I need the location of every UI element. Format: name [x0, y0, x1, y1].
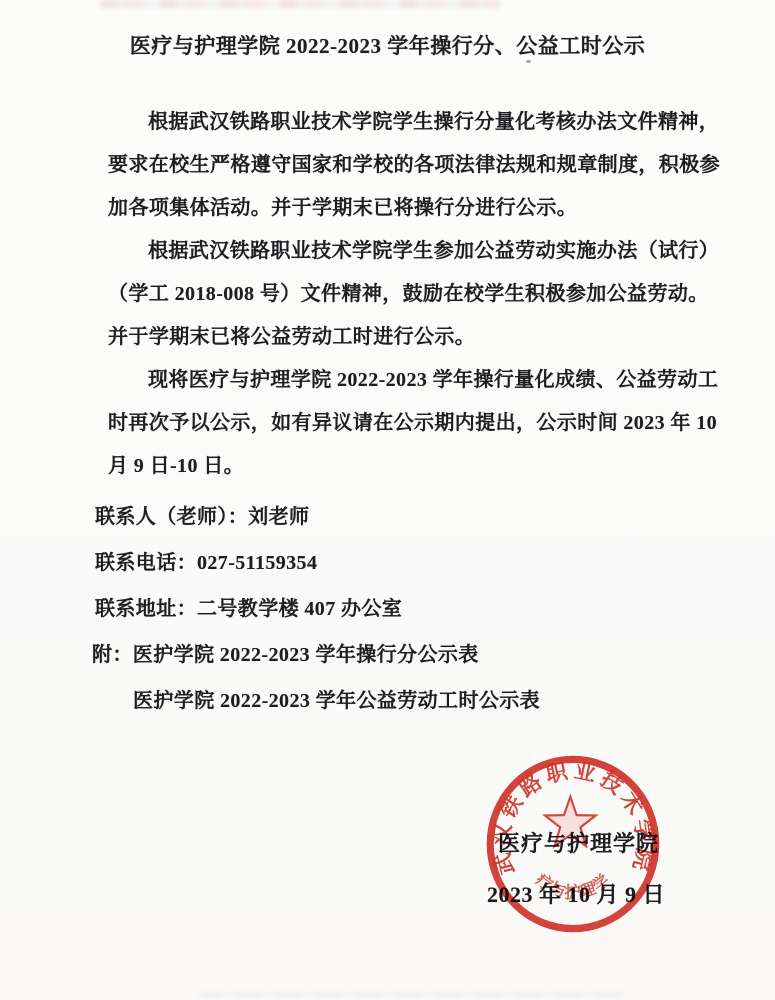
- contact-address-line: 联系地址：二号教学楼 407 办公室: [95, 597, 735, 643]
- seal-star-icon: [545, 797, 596, 846]
- paragraph-2: 根据武汉铁路职业技术学院学生参加公益劳动实施办法（试行） （学工 2018-00…: [108, 239, 735, 368]
- paragraph-line: 根据武汉铁路职业技术学院学生参加公益劳动实施办法（试行）: [108, 239, 735, 282]
- official-seal-graphic: 武汉铁路职业技术学院 医疗与护理学院: [484, 753, 662, 935]
- page-title: 医疗与护理学院 2022-2023 学年操行分、公益工时公示: [0, 0, 775, 59]
- paragraph-line: 加各项集体活动。并于学期末已将操行分进行公示。: [108, 196, 735, 239]
- paragraph-line: 根据武汉铁路职业技术学院学生操行分量化考核办法文件精神，: [108, 110, 735, 153]
- paragraph-line: 要求在校生严格遵守国家和学校的各项法律法规和规章制度，积极参: [108, 153, 735, 196]
- document-page: 医疗与护理学院 2022-2023 学年操行分、公益工时公示 根据武汉铁路职业技…: [0, 0, 775, 1000]
- paragraph-line: 现将医疗与护理学院 2022-2023 学年操行量化成绩、公益劳动工: [108, 368, 735, 411]
- paragraph-1: 根据武汉铁路职业技术学院学生操行分量化考核办法文件精神， 要求在校生严格遵守国家…: [108, 110, 735, 239]
- paragraph-3: 现将医疗与护理学院 2022-2023 学年操行量化成绩、公益劳动工 时再次予以…: [108, 368, 735, 497]
- paragraph-line: （学工 2018-008 号）文件精神，鼓励在校学生积极参加公益劳动。: [108, 282, 735, 325]
- attachment-line-1: 附：医护学院 2022-2023 学年操行分公示表: [92, 643, 735, 689]
- contact-person-line: 联系人（老师）：刘老师: [95, 505, 735, 551]
- document-body: 根据武汉铁路职业技术学院学生操行分量化考核办法文件精神， 要求在校生严格遵守国家…: [92, 110, 735, 735]
- scan-artifact-bottom: [200, 992, 620, 998]
- paragraph-line: 并于学期末已将公益劳动工时进行公示。: [108, 325, 735, 368]
- contact-phone-line: 联系电话：027-51159354: [95, 551, 735, 597]
- official-seal: 武汉铁路职业技术学院 医疗与护理学院: [484, 753, 662, 935]
- contact-block: 联系人（老师）：刘老师 联系电话：027-51159354 联系地址：二号教学楼…: [95, 505, 735, 643]
- seal-ring: [490, 759, 656, 928]
- ink-speck: [526, 60, 531, 63]
- paragraph-line: 时再次予以公示，如有异议请在公示期内提出，公示时间 2023 年 10: [108, 411, 735, 454]
- attachments-block: 附：医护学院 2022-2023 学年操行分公示表 医护学院 2022-2023…: [92, 643, 735, 735]
- attachment-line-2: 医护学院 2022-2023 学年公益劳动工时公示表: [133, 689, 735, 735]
- paragraph-line: 月 9 日-10 日。: [108, 454, 735, 497]
